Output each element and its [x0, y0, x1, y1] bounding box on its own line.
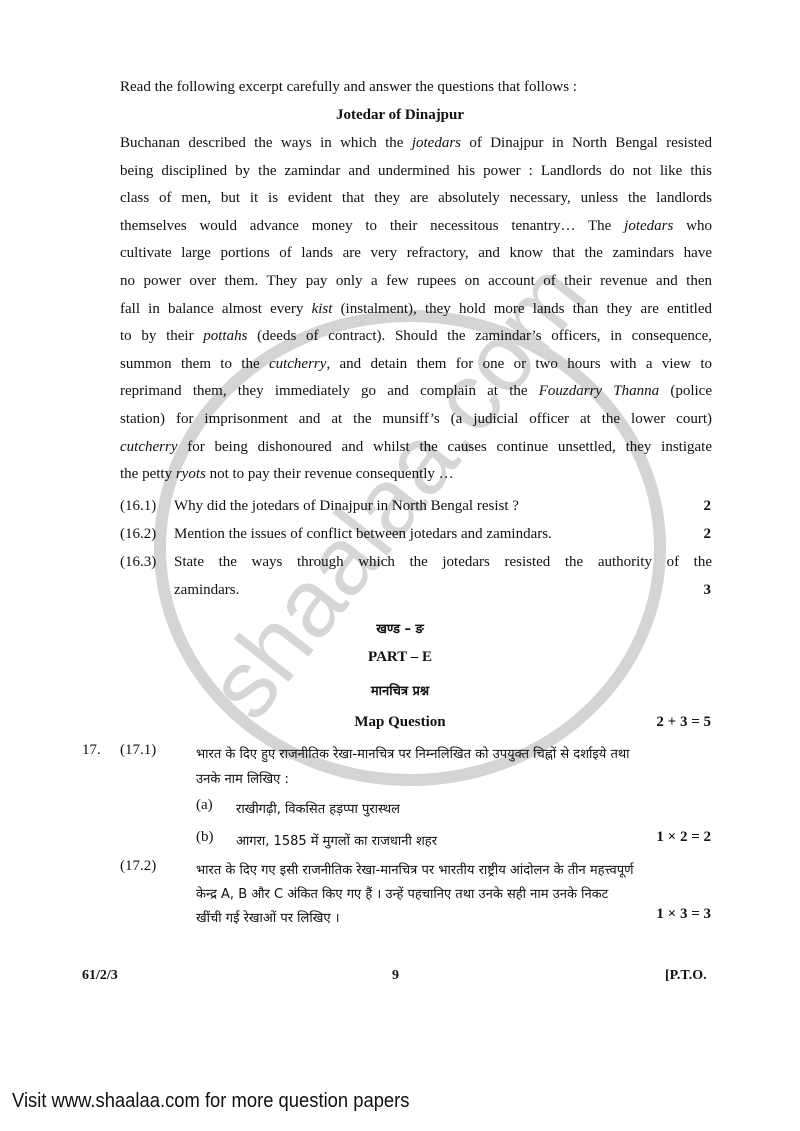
italic-term: kist [312, 301, 333, 317]
excerpt-line: summon them to the cutcherry, and detain… [120, 356, 712, 373]
excerpt-text: for being dishonoured and whilst the cau… [177, 439, 712, 455]
excerpt-text: (deeds of contract). Should the zamindar… [247, 328, 712, 344]
section-heading-english: PART – E [0, 649, 800, 666]
question-number: 17. [82, 742, 101, 759]
item-text: आगरा, 1585 में मुगलों का राजधानी शहर [236, 831, 437, 849]
question-number: (16.3) [120, 554, 156, 571]
excerpt-text: fall in balance almost every [120, 301, 312, 317]
excerpt-line: being disciplined by the zamindar and un… [120, 163, 712, 180]
subquestion-text-line-1: भारत के दिए हुए राजनीतिक रेखा-मानचित्र प… [196, 744, 630, 762]
excerpt-text: class of men, but it is evident that the… [120, 190, 712, 206]
excerpt-text: cultivate large portions of lands are ve… [120, 245, 712, 261]
excerpt-line: the petty ryots not to pay their revenue… [120, 466, 712, 483]
excerpt-line: cultivate large portions of lands are ve… [120, 245, 712, 262]
page-number: 9 [392, 968, 399, 984]
excerpt-line: reprimand them, they immediately go and … [120, 383, 712, 400]
marks: 2 [704, 498, 712, 515]
subquestion-text-line-1: भारत के दिए गए इसी राजनीतिक रेखा-मानचित्… [196, 860, 634, 878]
excerpt-line: themselves would advance money to their … [120, 218, 712, 235]
italic-term: Fouzdarry Thanna [539, 383, 659, 399]
excerpt-text: being disciplined by the zamindar and un… [120, 163, 712, 179]
italic-term: ryots [176, 466, 206, 482]
question-text-line-1: State the ways through which the jotedar… [174, 554, 712, 571]
paper-code: 61/2/3 [82, 968, 118, 984]
excerpt-line: fall in balance almost every kist (insta… [120, 301, 712, 318]
excerpt-text: , and detain them for one or two hours w… [326, 356, 712, 372]
subquestion-text-line-3: खींची गई रेखाओं पर लिखिए । [196, 908, 340, 926]
excerpt-text: themselves would advance money to their … [120, 218, 624, 234]
map-question-heading-hindi: मानचित्र प्रश्न [0, 681, 800, 699]
italic-term: pottahs [203, 328, 247, 344]
item-label: (a) [196, 797, 213, 814]
excerpt-text: summon them to the [120, 356, 269, 372]
excerpt-line: station) for imprisonment and at the mun… [120, 411, 712, 428]
excerpt-text: who [673, 218, 712, 234]
excerpt-text: reprimand them, they immediately go and … [120, 383, 539, 399]
italic-term: jotedars [624, 218, 673, 234]
subquestion-text-line-2: केन्द्र A, B और C अंकित किए गए हैं । उन्… [196, 884, 608, 902]
excerpt-text: of Dinajpur in North Bengal resisted [461, 135, 712, 151]
question-text: Mention the issues of conflict between j… [174, 526, 682, 543]
excerpt-text: the petty [120, 466, 176, 482]
excerpt-text: (instalment), they hold more lands than … [332, 301, 712, 317]
please-turn-over: [P.T.O. [665, 968, 707, 984]
exam-page: shaalaa.com Read the following excerpt c… [0, 0, 800, 1131]
excerpt-line: Buchanan described the ways in which the… [120, 135, 712, 152]
item-text: राखीगढ़ी, विकसित हड़प्पा पुरास्थल [236, 799, 400, 817]
map-question-marks: 2 + 3 = 5 [656, 714, 711, 731]
question-text-line-2: zamindars. [174, 582, 682, 599]
italic-term: jotedars [412, 135, 461, 151]
excerpt-text: no power over them. They pay only a few … [120, 273, 712, 289]
excerpt-line: class of men, but it is evident that the… [120, 190, 712, 207]
item-label: (b) [196, 829, 214, 846]
subquestion-text-line-2: उनके नाम लिखिए : [196, 769, 289, 787]
subquestion-number: (17.1) [120, 742, 156, 759]
marks: 3 [704, 582, 712, 599]
excerpt-line: to by their pottahs (deeds of contract).… [120, 328, 712, 345]
section-heading-hindi: खण्ड – ङ [0, 619, 800, 637]
marks: 2 [704, 526, 712, 543]
excerpt-text: station) for imprisonment and at the mun… [120, 411, 712, 427]
italic-term: cutcherry [120, 439, 177, 455]
question-number: (16.2) [120, 526, 156, 543]
excerpt-text: not to pay their revenue consequently … [206, 466, 454, 482]
instruction: Read the following excerpt carefully and… [120, 79, 577, 96]
excerpt-line: no power over them. They pay only a few … [120, 273, 712, 290]
marks: 1 × 2 = 2 [656, 829, 711, 846]
marks: 1 × 3 = 3 [656, 906, 711, 923]
question-number: (16.1) [120, 498, 156, 515]
question-text: Why did the jotedars of Dinajpur in Nort… [174, 498, 682, 515]
italic-term: cutcherry [269, 356, 326, 372]
excerpt-line: cutcherry for being dishonoured and whil… [120, 439, 712, 456]
excerpt-text: to by their [120, 328, 203, 344]
excerpt-text: (police [659, 383, 712, 399]
visit-banner-link[interactable]: Visit www.shaalaa.com for more question … [12, 1090, 409, 1113]
excerpt-text: Buchanan described the ways in which the [120, 135, 412, 151]
excerpt-title: Jotedar of Dinajpur [0, 107, 800, 124]
subquestion-number: (17.2) [120, 858, 156, 875]
